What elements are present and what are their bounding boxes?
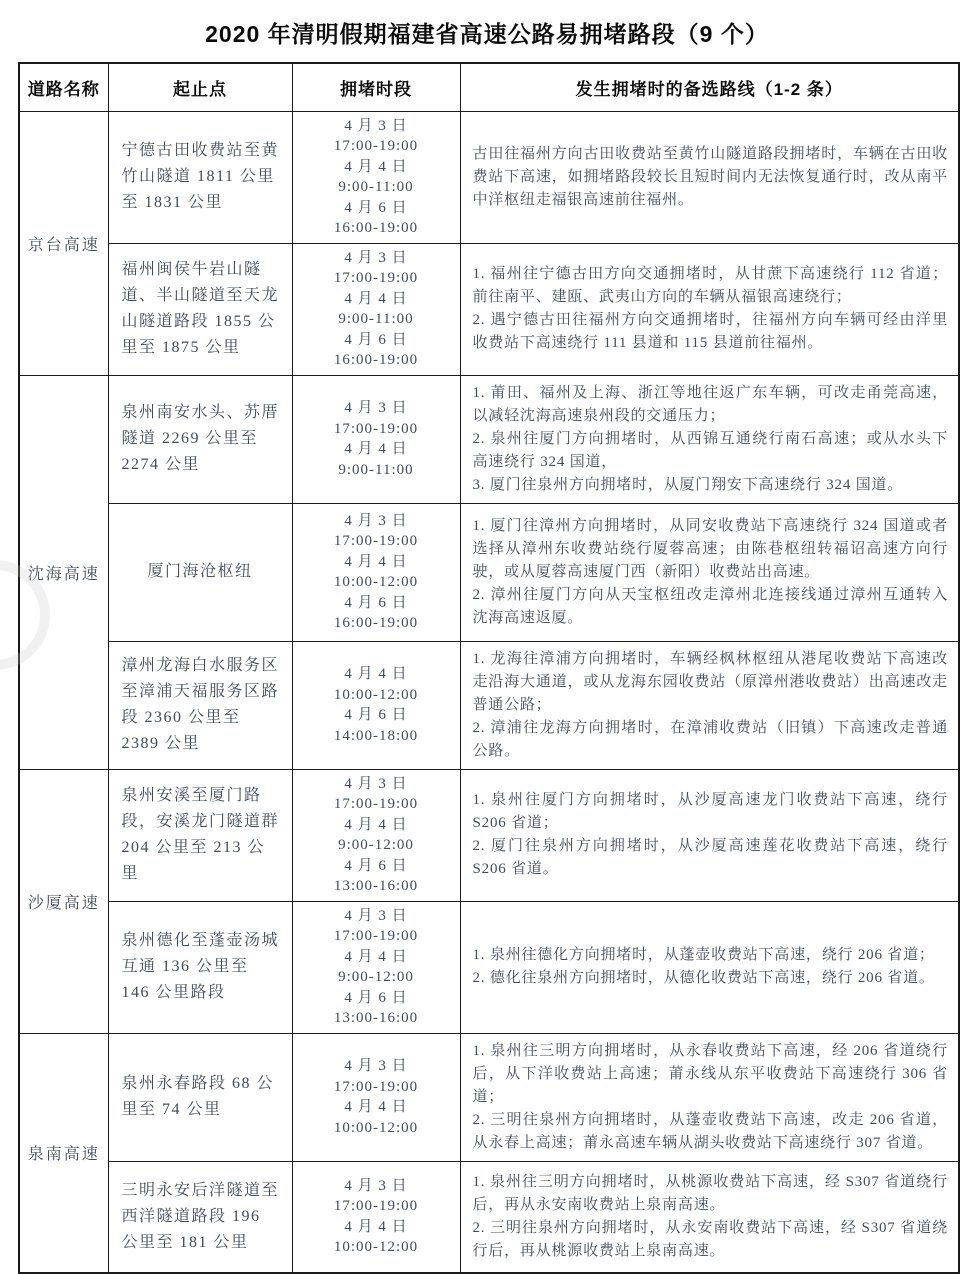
alternatives-cell: 古田往福州方向古田收费站至黄竹山隧道路段拥堵时，车辆在古田收费站下高速，如拥堵路…	[460, 111, 959, 243]
time-line: 9:00-12:00	[295, 967, 458, 988]
alternative-item: 2. 漳浦往龙海方向拥堵时，在漳浦收费站（旧镇）下高速改走普通公路。	[473, 717, 949, 763]
time-line: 4 月 4 日	[295, 1217, 458, 1238]
time-line: 17:00-19:00	[295, 1077, 458, 1098]
alternative-item: 1. 泉州往三明方向拥堵时，从永春收费站下高速，经 206 省道绕行后，从下洋收…	[473, 1040, 949, 1109]
section-cell: 泉州安溪至厦门路段，安溪龙门隧道群 204 公里至 213 公里	[108, 769, 292, 901]
table-row: 泉南高速泉州永春路段 68 公里至 74 公里4 月 3 日17:00-19:0…	[19, 1033, 959, 1161]
alternative-item: 1. 泉州往厦门方向拥堵时，从沙厦高速龙门收费站下高速，绕行 S206 省道；	[473, 789, 949, 835]
time-line: 14:00-18:00	[295, 726, 458, 747]
time-period-cell: 4 月 3 日17:00-19:004 月 4 日10:00-12:00	[292, 1161, 460, 1273]
table-row: 京台高速宁德古田收费站至黄竹山隧道 1811 公里至 1831 公里4 月 3 …	[19, 111, 959, 243]
alternatives-cell: 1. 莆田、福州及上海、浙江等地往返广东车辆，可改走甬莞高速，以减轻沈海高速泉州…	[460, 375, 959, 503]
section-cell: 泉州南安水头、苏厝隧道 2269 公里至 2274 公里	[108, 375, 292, 503]
time-line: 4 月 6 日	[295, 330, 458, 351]
time-line: 4 月 4 日	[295, 289, 458, 310]
time-line: 4 月 4 日	[295, 1097, 458, 1118]
time-line: 4 月 3 日	[295, 1056, 458, 1077]
table-row: 福州闽侯牛岩山隧道、半山隧道至天龙山隧道路段 1855 公里至 1875 公里4…	[19, 243, 959, 375]
time-line: 13:00-16:00	[295, 1008, 458, 1029]
time-line: 4 月 4 日	[295, 815, 458, 836]
alternatives-cell: 1. 泉州往三明方向拥堵时，从桃源收费站下高速，经 S307 省道绕行后，再从永…	[460, 1161, 959, 1273]
time-line: 10:00-12:00	[295, 1118, 458, 1139]
alternative-item: 2. 泉州往厦门方向拥堵时，从西锦互通绕行南石高速；或从水头下高速绕行 324 …	[473, 428, 949, 474]
time-line: 4 月 6 日	[295, 856, 458, 877]
time-line: 4 月 4 日	[295, 157, 458, 178]
alternative-item: 2. 漳州往厦门方向从天宝枢纽改走漳州北连接线通过漳州互通转入沈海高速返厦。	[473, 584, 949, 630]
page-title: 2020 年清明假期福建省高速公路易拥堵路段（9 个）	[0, 16, 974, 49]
time-line: 13:00-16:00	[295, 876, 458, 897]
time-line: 4 月 3 日	[295, 398, 458, 419]
section-cell: 厦门海沧枢纽	[108, 503, 292, 641]
section-cell: 宁德古田收费站至黄竹山隧道 1811 公里至 1831 公里	[108, 111, 292, 243]
alternative-item: 1. 莆田、福州及上海、浙江等地往返广东车辆，可改走甬莞高速，以减轻沈海高速泉州…	[473, 382, 949, 428]
section-cell: 泉州永春路段 68 公里至 74 公里	[108, 1033, 292, 1161]
section-cell: 漳州龙海白水服务区至漳浦天福服务区路段 2360 公里至 2389 公里	[108, 641, 292, 769]
time-line: 9:00-12:00	[295, 835, 458, 856]
time-line: 4 月 6 日	[295, 593, 458, 614]
time-line: 17:00-19:00	[295, 794, 458, 815]
alternatives-cell: 1. 泉州往三明方向拥堵时，从永春收费站下高速，经 206 省道绕行后，从下洋收…	[460, 1033, 959, 1161]
time-line: 4 月 3 日	[295, 511, 458, 532]
time-period-cell: 4 月 4 日10:00-12:004 月 6 日14:00-18:00	[292, 641, 460, 769]
time-line: 4 月 3 日	[295, 116, 458, 137]
time-period-cell: 4 月 3 日17:00-19:004 月 4 日9:00-11:00	[292, 375, 460, 503]
time-line: 17:00-19:00	[295, 531, 458, 552]
time-period-cell: 4 月 3 日17:00-19:004 月 4 日9:00-11:004 月 6…	[292, 111, 460, 243]
time-line: 9:00-11:00	[295, 460, 458, 481]
table-row: 三明永安后洋隧道至西洋隧道路段 196 公里至 181 公里4 月 3 日17:…	[19, 1161, 959, 1273]
time-line: 4 月 6 日	[295, 988, 458, 1009]
time-period-cell: 4 月 3 日17:00-19:004 月 4 日9:00-12:004 月 6…	[292, 769, 460, 901]
table-row: 沙厦高速泉州安溪至厦门路段，安溪龙门隧道群 204 公里至 213 公里4 月 …	[19, 769, 959, 901]
time-line: 4 月 3 日	[295, 1176, 458, 1197]
header-road-name: 道路名称	[19, 63, 108, 111]
alternatives-cell: 1. 福州往宁德古田方向交通拥堵时，从甘蔗下高速绕行 112 省道；前往南平、建…	[460, 243, 959, 375]
alternative-item: 2. 遇宁德古田往福州方向交通拥堵时，往福州方向车辆可经由洋里收费站下高速绕行 …	[473, 309, 949, 355]
road-name-cell: 沈海高速	[19, 375, 108, 769]
table-row: 沈海高速泉州南安水头、苏厝隧道 2269 公里至 2274 公里4 月 3 日1…	[19, 375, 959, 503]
alternative-item: 1. 福州往宁德古田方向交通拥堵时，从甘蔗下高速绕行 112 省道；前往南平、建…	[473, 263, 949, 309]
time-line: 17:00-19:00	[295, 926, 458, 947]
alternative-item: 1. 泉州往三明方向拥堵时，从桃源收费站下高速，经 S307 省道绕行后，再从永…	[473, 1171, 949, 1217]
document-page: 2020 年清明假期福建省高速公路易拥堵路段（9 个） 道路名称 起止点 拥堵时…	[0, 0, 974, 1274]
time-line: 17:00-19:00	[295, 419, 458, 440]
time-line: 4 月 4 日	[295, 947, 458, 968]
road-name-cell: 泉南高速	[19, 1033, 108, 1273]
alternatives-cell: 1. 龙海往漳浦方向拥堵时，车辆经枫林枢纽从港尾收费站下高速改走沿海大通道，或从…	[460, 641, 959, 769]
time-line: 10:00-12:00	[295, 572, 458, 593]
road-name-cell: 京台高速	[19, 111, 108, 375]
time-line: 17:00-19:00	[295, 1196, 458, 1217]
time-line: 4 月 4 日	[295, 664, 458, 685]
time-line: 4 月 4 日	[295, 552, 458, 573]
alternative-item: 2. 厦门往泉州方向拥堵时，从沙厦高速莲花收费站下高速，绕行 S206 省道。	[473, 835, 949, 881]
header-time-period: 拥堵时段	[292, 63, 460, 111]
table-row: 漳州龙海白水服务区至漳浦天福服务区路段 2360 公里至 2389 公里4 月 …	[19, 641, 959, 769]
road-name-cell: 沙厦高速	[19, 769, 108, 1033]
time-period-cell: 4 月 3 日17:00-19:004 月 4 日10:00-12:004 月 …	[292, 503, 460, 641]
alternatives-cell: 1. 泉州往德化方向拥堵时，从蓬壶收费站下高速，绕行 206 省道；2. 德化往…	[460, 901, 959, 1033]
time-period-cell: 4 月 3 日17:00-19:004 月 4 日9:00-12:004 月 6…	[292, 901, 460, 1033]
header-start-end: 起止点	[108, 63, 292, 111]
time-line: 4 月 3 日	[295, 774, 458, 795]
table-body: 京台高速宁德古田收费站至黄竹山隧道 1811 公里至 1831 公里4 月 3 …	[19, 111, 959, 1273]
alternative-item: 3. 厦门往泉州方向拥堵时，从厦门翔安下高速绕行 324 国道。	[473, 474, 949, 497]
alternative-item: 1. 厦门往漳州方向拥堵时，从同安收费站下高速绕行 324 国道或者选择从漳州东…	[473, 515, 949, 584]
time-line: 16:00-19:00	[295, 613, 458, 634]
alternative-item: 2. 三明往泉州方向拥堵时，从永安南收费站下高速，经 S307 省道绕行后，再从…	[473, 1217, 949, 1263]
time-line: 4 月 4 日	[295, 439, 458, 460]
time-line: 9:00-11:00	[295, 309, 458, 330]
time-period-cell: 4 月 3 日17:00-19:004 月 4 日9:00-11:004 月 6…	[292, 243, 460, 375]
alternatives-cell: 1. 厦门往漳州方向拥堵时，从同安收费站下高速绕行 324 国道或者选择从漳州东…	[460, 503, 959, 641]
alternative-item: 1. 龙海往漳浦方向拥堵时，车辆经枫林枢纽从港尾收费站下高速改走沿海大通道，或从…	[473, 648, 949, 717]
table-header-row: 道路名称 起止点 拥堵时段 发生拥堵时的备选路线（1-2 条）	[19, 63, 959, 111]
time-line: 4 月 3 日	[295, 906, 458, 927]
header-alternatives: 发生拥堵时的备选路线（1-2 条）	[460, 63, 959, 111]
section-cell: 泉州德化至蓬壶汤城互通 136 公里至 146 公里路段	[108, 901, 292, 1033]
section-cell: 福州闽侯牛岩山隧道、半山隧道至天龙山隧道路段 1855 公里至 1875 公里	[108, 243, 292, 375]
alternative-item: 2. 三明往泉州方向拥堵时，从蓬壶收费站下高速，改走 206 省道，从永春上高速…	[473, 1109, 949, 1155]
time-line: 17:00-19:00	[295, 136, 458, 157]
alternative-item: 2. 德化往泉州方向拥堵时，从德化收费站下高速，绕行 206 省道。	[473, 967, 949, 990]
alternatives-cell: 1. 泉州往厦门方向拥堵时，从沙厦高速龙门收费站下高速，绕行 S206 省道；2…	[460, 769, 959, 901]
time-line: 4 月 6 日	[295, 705, 458, 726]
section-cell: 三明永安后洋隧道至西洋隧道路段 196 公里至 181 公里	[108, 1161, 292, 1273]
alternative-item: 1. 泉州往德化方向拥堵时，从蓬壶收费站下高速，绕行 206 省道；	[473, 944, 949, 967]
alternative-item: 古田往福州方向古田收费站至黄竹山隧道路段拥堵时，车辆在古田收费站下高速，如拥堵路…	[473, 143, 949, 212]
time-line: 4 月 6 日	[295, 198, 458, 219]
time-period-cell: 4 月 3 日17:00-19:004 月 4 日10:00-12:00	[292, 1033, 460, 1161]
time-line: 9:00-11:00	[295, 177, 458, 198]
table-row: 厦门海沧枢纽4 月 3 日17:00-19:004 月 4 日10:00-12:…	[19, 503, 959, 641]
table-row: 泉州德化至蓬壶汤城互通 136 公里至 146 公里路段4 月 3 日17:00…	[19, 901, 959, 1033]
time-line: 4 月 3 日	[295, 248, 458, 269]
time-line: 16:00-19:00	[295, 218, 458, 239]
time-line: 17:00-19:00	[295, 268, 458, 289]
time-line: 16:00-19:00	[295, 350, 458, 371]
time-line: 10:00-12:00	[295, 685, 458, 706]
time-line: 10:00-12:00	[295, 1237, 458, 1258]
congestion-table: 道路名称 起止点 拥堵时段 发生拥堵时的备选路线（1-2 条） 京台高速宁德古田…	[18, 62, 960, 1274]
